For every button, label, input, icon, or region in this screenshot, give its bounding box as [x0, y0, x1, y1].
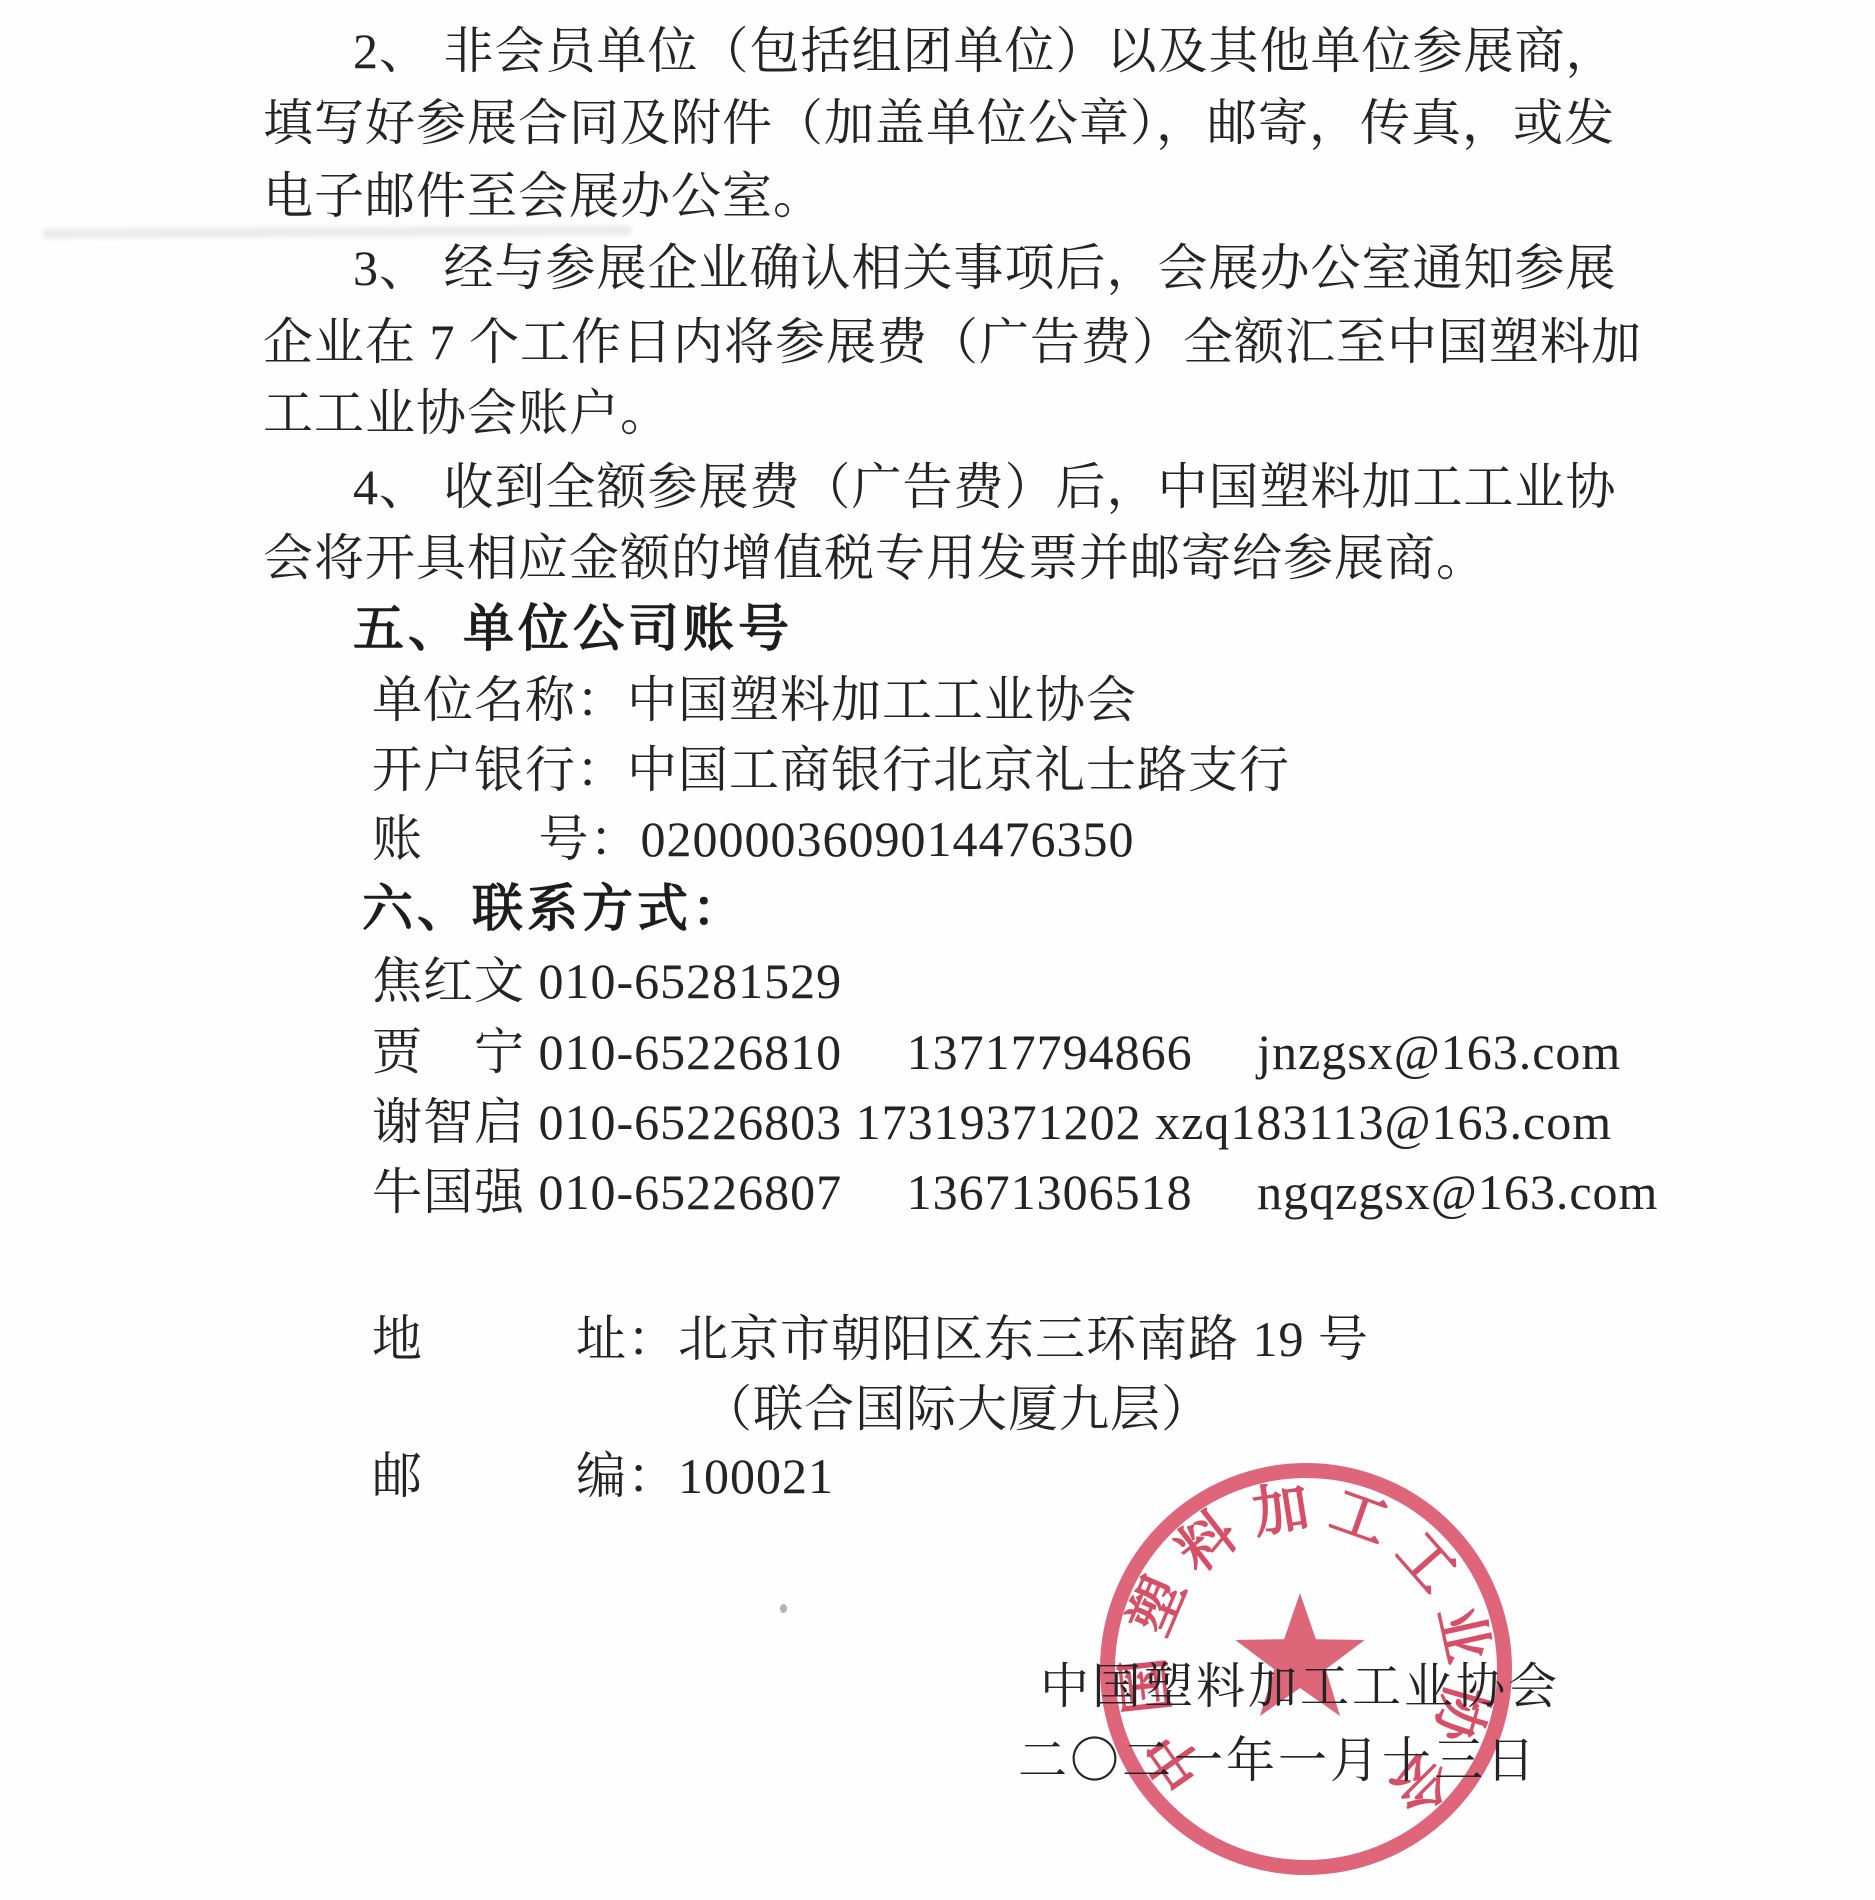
section-6-heading: 六、联系方式：	[362, 879, 747, 939]
signature-date: 二〇二一年一月十三日	[1018, 1734, 1538, 1788]
para-2-line-3: 电子邮件至会展办公室。	[263, 167, 824, 226]
postcode-line: 邮 编：100021	[372, 1447, 834, 1506]
para-2-line-2: 填写好参展合同及附件（加盖单位公章），邮寄，传真，或发	[263, 94, 1615, 153]
signature-org: 中国塑料加工工业协会	[1040, 1660, 1560, 1714]
address-line: 地 址：北京市朝阳区东三环南路 19 号	[372, 1310, 1369, 1369]
para-3-line-3: 工工业协会账户。	[263, 384, 671, 443]
contact-line-xie: 谢智启 010-65226803 17319371202 xzq183113@1…	[372, 1093, 1612, 1152]
contact-line-jiao: 焦红文 010-65281529	[372, 952, 842, 1011]
bank-line: 开户银行：中国工商银行北京礼士路支行	[372, 741, 1290, 800]
para-4-line-1: 4、 收到全额参展费（广告费）后，中国塑料加工工业协	[353, 458, 1617, 517]
para-3-line-1: 3、 经与参展企业确认相关事项后，会展办公室通知参展	[353, 239, 1617, 298]
contact-line-jia: 贾 宁 010-65226810 13717794866 jnzgsx@163.…	[372, 1023, 1621, 1082]
scan-dot-artifact	[780, 1604, 787, 1613]
contact-line-niu: 牛国强 010-65226807 13671306518 ngqzgsx@163…	[372, 1163, 1658, 1222]
section-5-heading: 五、单位公司账号	[353, 599, 793, 659]
para-2-line-1: 2、 非会员单位（包括组团单位）以及其他单位参展商，	[353, 22, 1617, 81]
scan-smudge-artifact	[42, 225, 632, 238]
stamp-arc-char: 加	[1249, 1479, 1313, 1543]
para-4-line-2: 会将开具相应金额的增值税专用发票并邮寄给参展商。	[263, 529, 1487, 588]
para-3-line-2: 企业在 7 个工作日内将参展费（广告费）全额汇至中国塑料加	[263, 313, 1642, 372]
account-name-line: 单位名称：中国塑料加工工业协会	[372, 671, 1137, 730]
address-line-2: （联合国际大厦九层）	[702, 1380, 1212, 1439]
stamp-arc-char: 业	[1429, 1601, 1496, 1668]
scanned-document-page: 2、 非会员单位（包括组团单位）以及其他单位参展商， 填写好参展合同及附件（加盖…	[0, 0, 1875, 1900]
account-number-line: 账 号：0200003609014476350	[372, 810, 1135, 869]
